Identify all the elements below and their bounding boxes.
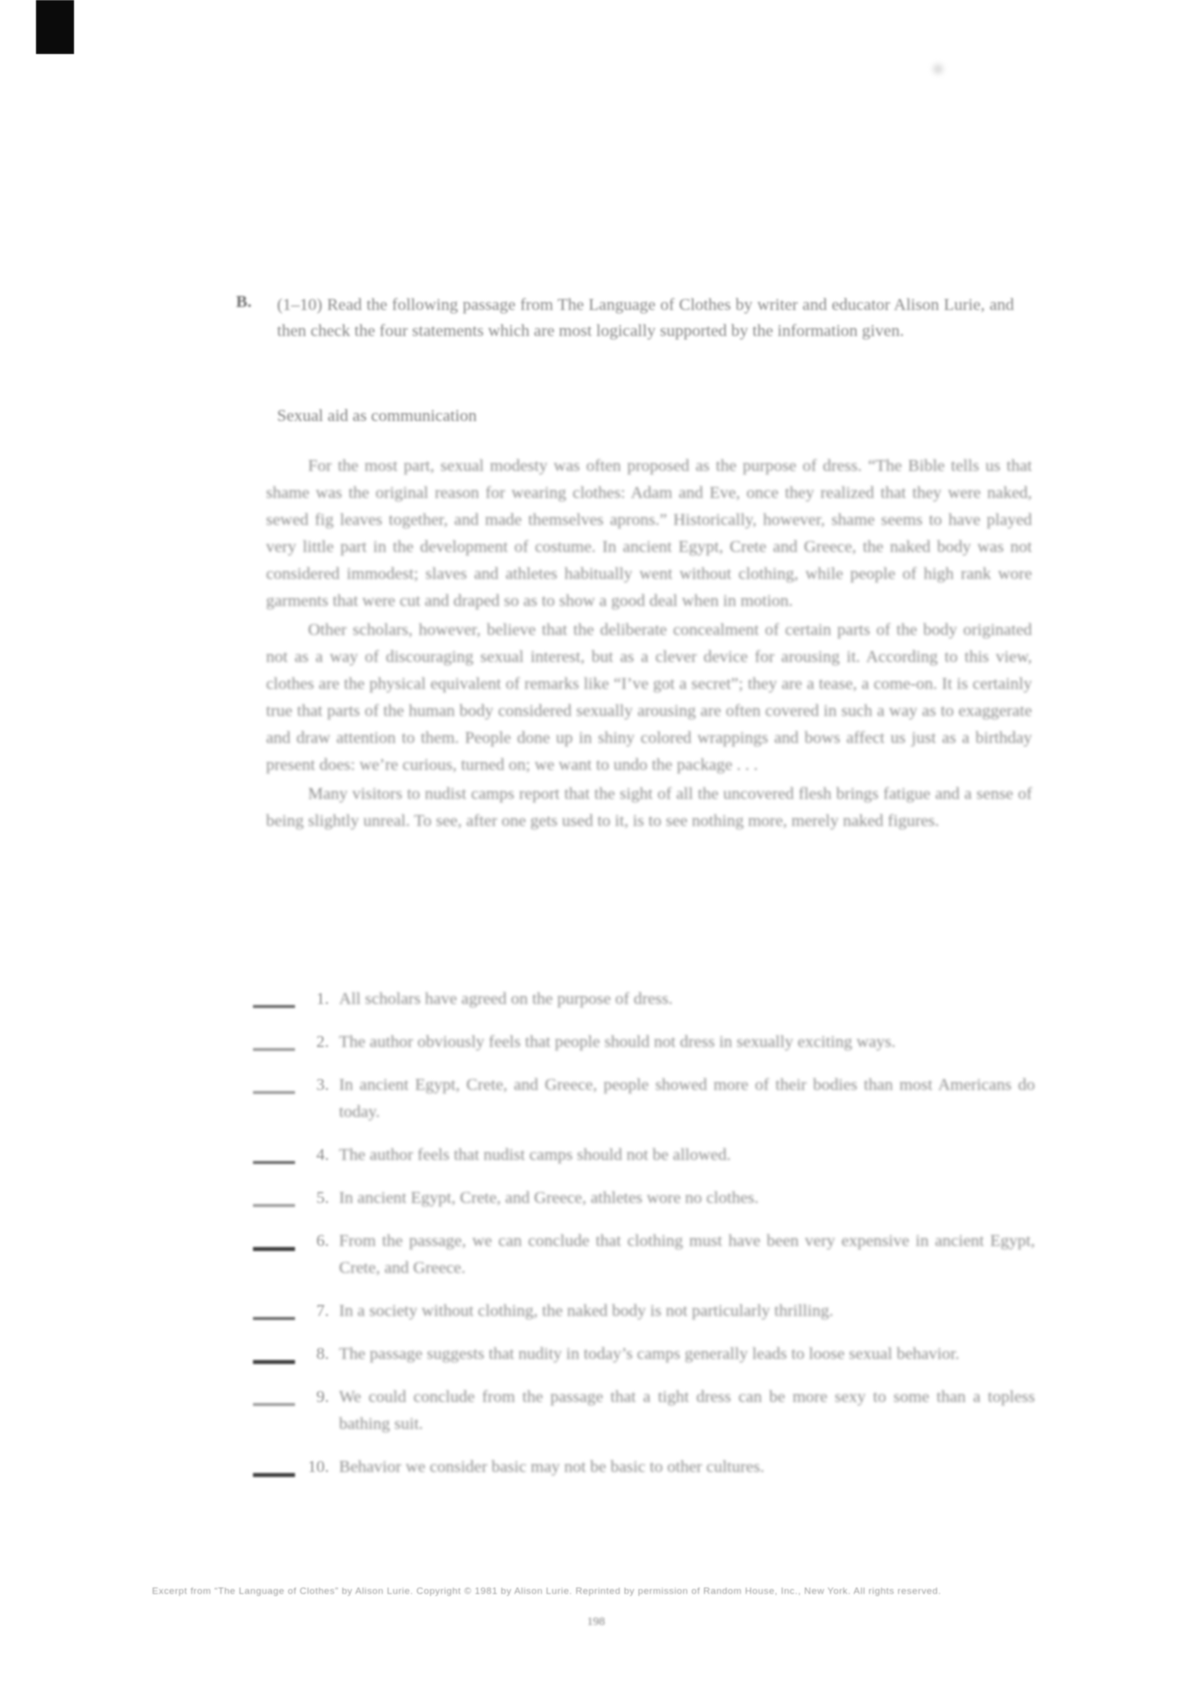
statement-number: 6. <box>303 1227 329 1254</box>
statement-number: 10. <box>303 1453 329 1480</box>
reading-passage: For the most part, sexual modesty was of… <box>266 452 1032 836</box>
answer-blank <box>253 1387 295 1406</box>
answer-blank <box>253 1301 295 1320</box>
statement-number: 1. <box>303 985 329 1012</box>
statement-number: 2. <box>303 1028 329 1055</box>
source-credit-line: Excerpt from “The Language of Clothes” b… <box>152 1586 1045 1597</box>
section-label: B. <box>236 292 252 312</box>
statement-row: 3. In ancient Egypt, Crete, and Greece, … <box>253 1071 1035 1125</box>
statement-number: 4. <box>303 1141 329 1168</box>
answer-blank <box>253 1075 295 1094</box>
passage-paragraph-3: Many visitors to nudist camps report tha… <box>266 780 1032 834</box>
statement-text: Behavior we consider basic may not be ba… <box>339 1453 1035 1480</box>
statement-number: 8. <box>303 1340 329 1367</box>
statement-text: We could conclude from the passage that … <box>339 1383 1035 1437</box>
answer-blank <box>253 1344 295 1364</box>
statement-row: 2. The author obviously feels that peopl… <box>253 1028 1035 1055</box>
exercise-instructions: (1–10) Read the following passage from T… <box>277 292 1014 344</box>
statement-number: 7. <box>303 1297 329 1324</box>
statement-text: The passage suggests that nudity in toda… <box>339 1340 1035 1367</box>
statement-text: In a society without clothing, the naked… <box>339 1297 1035 1324</box>
statement-row: 5. In ancient Egypt, Crete, and Greece, … <box>253 1184 1035 1211</box>
answer-blank <box>253 1188 295 1207</box>
passage-paragraph-2: Other scholars, however, believe that th… <box>266 616 1032 778</box>
statement-row: 7. In a society without clothing, the na… <box>253 1297 1035 1324</box>
statement-text: In ancient Egypt, Crete, and Greece, peo… <box>339 1071 1035 1125</box>
answer-blank <box>253 1032 295 1051</box>
answer-blank <box>253 1457 295 1477</box>
statement-text: The author feels that nudist camps shoul… <box>339 1141 1035 1168</box>
statement-number: 9. <box>303 1383 329 1410</box>
answer-blank <box>253 1231 295 1251</box>
passage-paragraph-1: For the most part, sexual modesty was of… <box>266 452 1032 614</box>
statement-row: 1. All scholars have agreed on the purpo… <box>253 985 1035 1012</box>
scanned-document-page: B. (1–10) Read the following passage fro… <box>0 0 1192 1684</box>
statement-text: From the passage, we can conclude that c… <box>339 1227 1035 1281</box>
passage-heading: Sexual aid as communication <box>277 406 477 426</box>
scan-artifact-speck <box>933 64 943 74</box>
statement-text: In ancient Egypt, Crete, and Greece, ath… <box>339 1184 1035 1211</box>
statement-row: 6. From the passage, we can conclude tha… <box>253 1227 1035 1281</box>
statement-text: The author obviously feels that people s… <box>339 1028 1035 1055</box>
answer-blank <box>253 989 295 1008</box>
scan-artifact-mark <box>36 0 74 54</box>
statement-text: All scholars have agreed on the purpose … <box>339 985 1035 1012</box>
statement-number: 5. <box>303 1184 329 1211</box>
statement-row: 9. We could conclude from the passage th… <box>253 1383 1035 1437</box>
statement-row: 10. Behavior we consider basic may not b… <box>253 1453 1035 1480</box>
statement-row: 8. The passage suggests that nudity in t… <box>253 1340 1035 1367</box>
answer-blank <box>253 1145 295 1164</box>
statements-list: 1. All scholars have agreed on the purpo… <box>253 985 1035 1496</box>
statement-number: 3. <box>303 1071 329 1098</box>
page-number: 198 <box>0 1614 1192 1629</box>
statement-row: 4. The author feels that nudist camps sh… <box>253 1141 1035 1168</box>
